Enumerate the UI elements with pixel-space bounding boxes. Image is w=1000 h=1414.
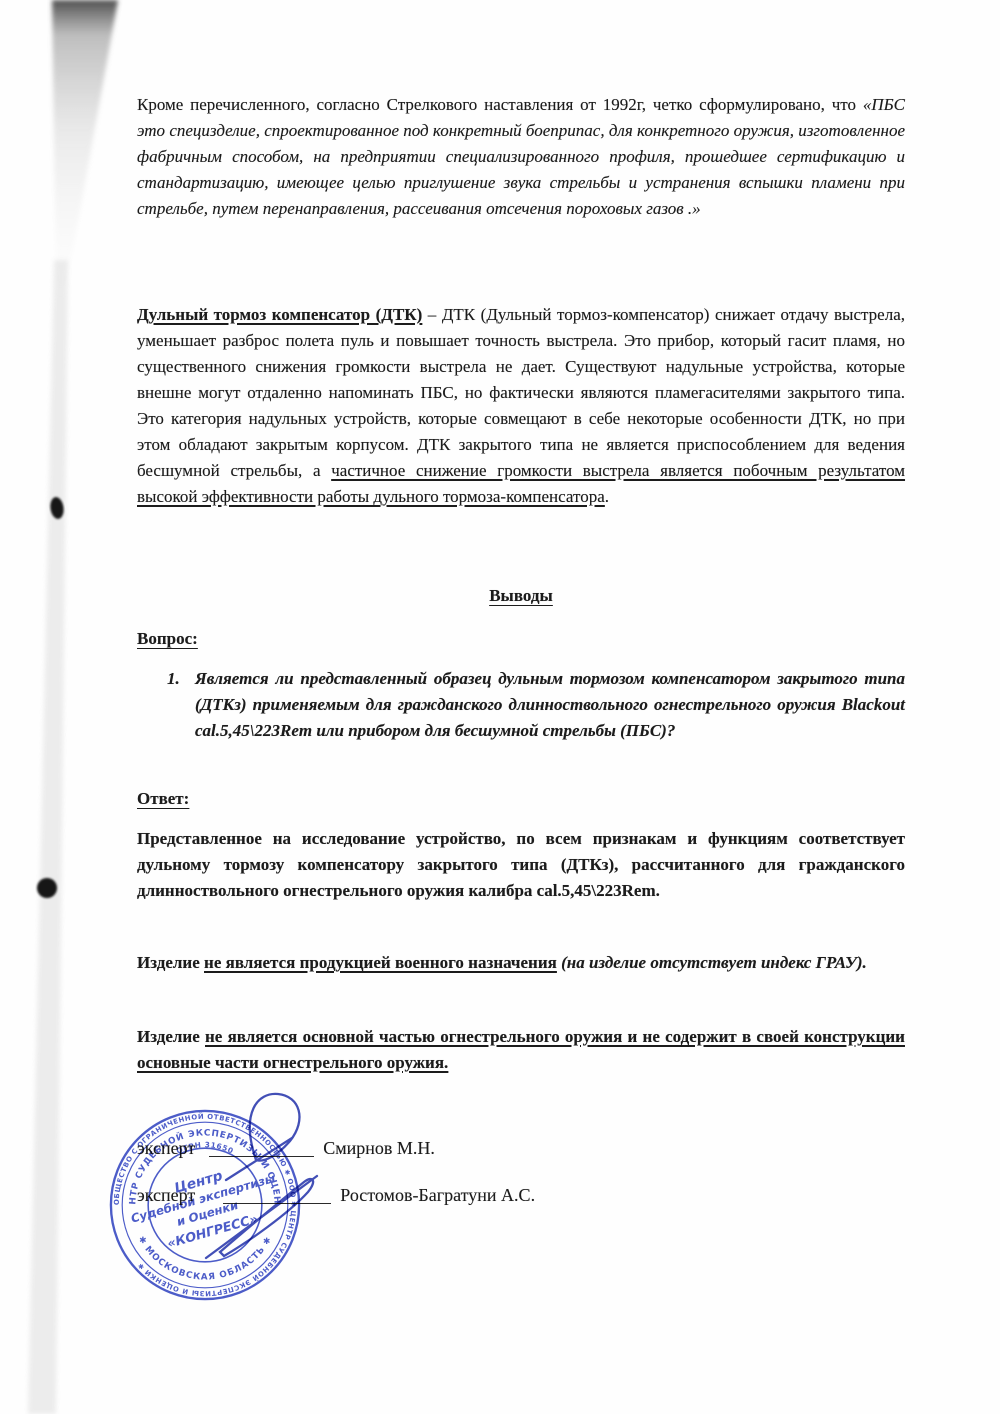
question-text: Является ли представленный образец дульн… xyxy=(195,669,905,740)
main-parts-paragraph: Изделие не является основной частью огне… xyxy=(137,1024,905,1076)
signature-name: Ростомов-Багратуни А.С. xyxy=(340,1183,535,1207)
intro-text: Кроме перечисленного, согласно Стрелково… xyxy=(137,95,863,114)
main-parts-underlined: не является основной частью огнестрельно… xyxy=(137,1027,905,1072)
intro-paragraph: Кроме перечисленного, согласно Стрелково… xyxy=(137,92,905,222)
question-item: 1.Является ли представленный образец дул… xyxy=(137,666,905,744)
dtk-paragraph: Дульный тормоз компенсатор (ДТК) – ДТК (… xyxy=(137,302,905,510)
military-italic-note: (на изделие отсутствует индекс ГРАУ). xyxy=(557,953,867,972)
answer-paragraph: Представленное на исследование устройств… xyxy=(137,826,905,904)
conclusions-heading: Выводы xyxy=(137,583,905,609)
main-parts-lead: Изделие xyxy=(137,1027,205,1046)
dtk-text: – ДТК (Дульный тормоз-компенсатор) снижа… xyxy=(137,305,905,480)
round-stamp: ОБЩЕСТВО С ОГРАНИЧЕННОЙ ОТВЕТСТВЕННОСТЬЮ… xyxy=(107,1107,303,1303)
military-product-paragraph: Изделие не является продукцией военного … xyxy=(137,950,905,976)
signature-name: Смирнов М.Н. xyxy=(323,1136,435,1160)
military-underlined: не является продукцией военного назначен… xyxy=(204,953,557,972)
dtk-period: . xyxy=(605,487,609,506)
military-lead: Изделие xyxy=(137,953,204,972)
scanned-document-page: Кроме перечисленного, согласно Стрелково… xyxy=(0,0,1000,1414)
question-label: Вопрос: xyxy=(137,626,905,652)
stamp-ogrn-text: ОГРН 31650 xyxy=(175,1140,235,1156)
answer-label: Ответ: xyxy=(137,786,905,812)
dtk-term: Дульный тормоз компенсатор (ДТК) xyxy=(137,305,422,324)
question-number: 1. xyxy=(167,666,180,692)
